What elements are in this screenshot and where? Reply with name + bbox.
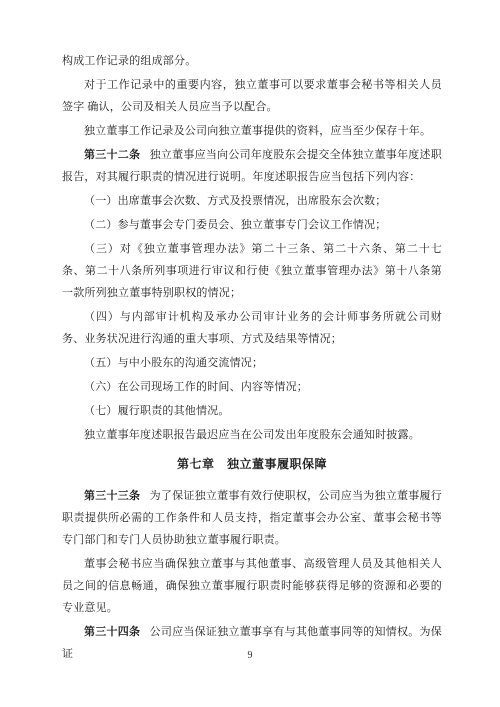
article-number: 第三十三条 [84,490,140,502]
page-number: 9 [0,650,500,661]
list-item-1: （一）出席董事会次数、方式及投票情况，出席股东会次数； [62,190,442,212]
list-item-5: （五）与中小股东的沟通交流情况； [62,352,442,374]
article-number: 第三十二条 [84,149,140,161]
article-number: 第三十四条 [84,626,140,638]
paragraph: 董事会秘书应当确保独立董事与其他董事、高级管理人员及其他相关人员之间的信息畅通，… [62,553,442,619]
document-page: 构成工作记录的组成部分。 对于工作记录中的重要内容，独立董事可以要求董事会秘书等… [0,0,500,707]
paragraph: 独立董事年度述职报告最迟应当在公司发出年度股东会通知时披露。 [62,424,442,446]
paragraph-article-33: 第三十三条为了保证独立董事有效行使职权，公司应当为独立董事履行职责提供所必需的工… [62,485,442,551]
paragraph-article-32: 第三十二条独立董事应当向公司年度股东会提交全体独立董事年度述职报告，对其履行职责… [62,144,442,188]
list-item-2: （二）参与董事会专门委员会、独立董事专门会议工作情况； [62,214,442,236]
list-item-6: （六）在公司现场工作的时间、内容等情况； [62,376,442,398]
paragraph: 独立董事工作记录及公司向独立董事提供的资料，应当至少保存十年。 [62,120,442,142]
paragraph-continuation: 构成工作记录的组成部分。 [62,50,442,72]
paragraph: 对于工作记录中的重要内容，独立董事可以要求董事会秘书等相关人员签字 确认，公司及… [62,74,442,118]
list-item-4: （四）与内部审计机构及承办公司审计业务的会计师事务所就公司财务、业务状况进行沟通… [62,306,442,350]
list-item-3: （三）对《独立董事管理办法》第二十三条、第二十六条、第二十七条、第二十八条所列事… [62,238,442,304]
chapter-heading: 第七章 独立董事履职保障 [62,453,442,475]
list-item-7: （七）履行职责的其他情况。 [62,400,442,422]
